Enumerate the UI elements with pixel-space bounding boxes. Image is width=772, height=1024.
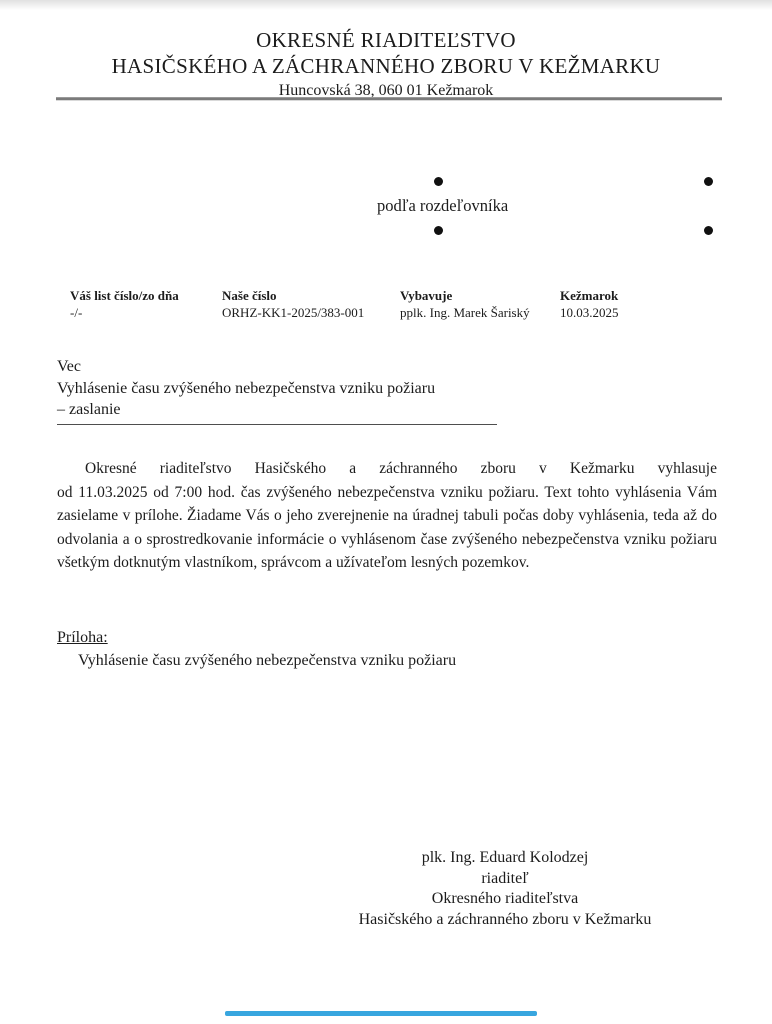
ref-value-date: 10.03.2025 [560,304,619,321]
signer-org-line1: Okresného riaditeľstva [305,889,705,910]
subject-line1: Vyhlásenie času zvýšeného nebezpečenstva… [57,378,497,400]
letterhead-divider [56,97,722,100]
body-paragraph: Okresné riaditeľstvo Hasičského a záchra… [57,457,717,575]
body-line: odvolania a o sprostredkovanie informáci… [57,528,717,552]
signature-block: plk. Ing. Eduard Kolodzej riaditeľ Okres… [305,848,705,930]
window-mark-dot-top-right [704,177,713,186]
ref-col-place-date: Kežmarok 10.03.2025 [560,287,619,321]
subject-block: Vec Vyhlásenie času zvýšeného nebezpečen… [57,356,497,425]
ref-value-your-letter: -/- [70,304,179,321]
ref-col-your-letter: Váš list číslo/zo dňa -/- [70,287,179,321]
ref-label-handled-by: Vybavuje [400,287,530,304]
ref-value-our-number: ORHZ-KK1-2025/383-001 [222,304,364,321]
ref-col-handled-by: Vybavuje pplk. Ing. Marek Šariský [400,287,530,321]
ref-value-handled-by: pplk. Ing. Marek Šariský [400,304,530,321]
body-line: všetkým dotknutým vlastníkom, správcom a… [57,551,717,575]
subject-label: Vec [57,356,497,378]
body-line: zasielame v prílohe. Žiadame Vás o jeho … [57,504,717,528]
organization-name-line2: HASIČSKÉHO A ZÁCHRANNÉHO ZBORU V KEŽMARK… [0,53,772,79]
ref-label-your-letter: Váš list číslo/zo dňa [70,287,179,304]
window-mark-dot-bottom-left [434,226,443,235]
signer-role: riaditeľ [305,869,705,890]
ref-col-our-number: Naše číslo ORHZ-KK1-2025/383-001 [222,287,364,321]
body-line: Okresné riaditeľstvo Hasičského a záchra… [57,457,717,481]
subject-line2: – zaslanie [57,399,497,421]
letter-page: OKRESNÉ RIADITEĽSTVO HASIČSKÉHO A ZÁCHRA… [0,0,772,1024]
signer-name: plk. Ing. Eduard Kolodzej [305,848,705,869]
scan-edge-shadow [0,0,772,10]
body-line: od 11.03.2025 od 7:00 hod. čas zvýšeného… [57,481,717,505]
ref-label-place: Kežmarok [560,287,619,304]
letterhead: OKRESNÉ RIADITEĽSTVO HASIČSKÉHO A ZÁCHRA… [0,27,772,102]
window-mark-dot-bottom-right [704,226,713,235]
attachment-label: Príloha: [57,627,456,649]
ref-label-our-number: Naše číslo [222,287,364,304]
attachment-item: Vyhlásenie času zvýšeného nebezpečenstva… [78,650,456,672]
organization-name-line1: OKRESNÉ RIADITEĽSTVO [0,27,772,53]
viewer-progress-bar [225,1011,537,1016]
window-mark-dot-top-left [434,177,443,186]
recipient-text: podľa rozdeľovníka [377,196,508,216]
attachment-block: Príloha: Vyhlásenie času zvýšeného nebez… [57,627,456,672]
signer-org-line2: Hasičského a záchranného zboru v Kežmark… [305,910,705,931]
